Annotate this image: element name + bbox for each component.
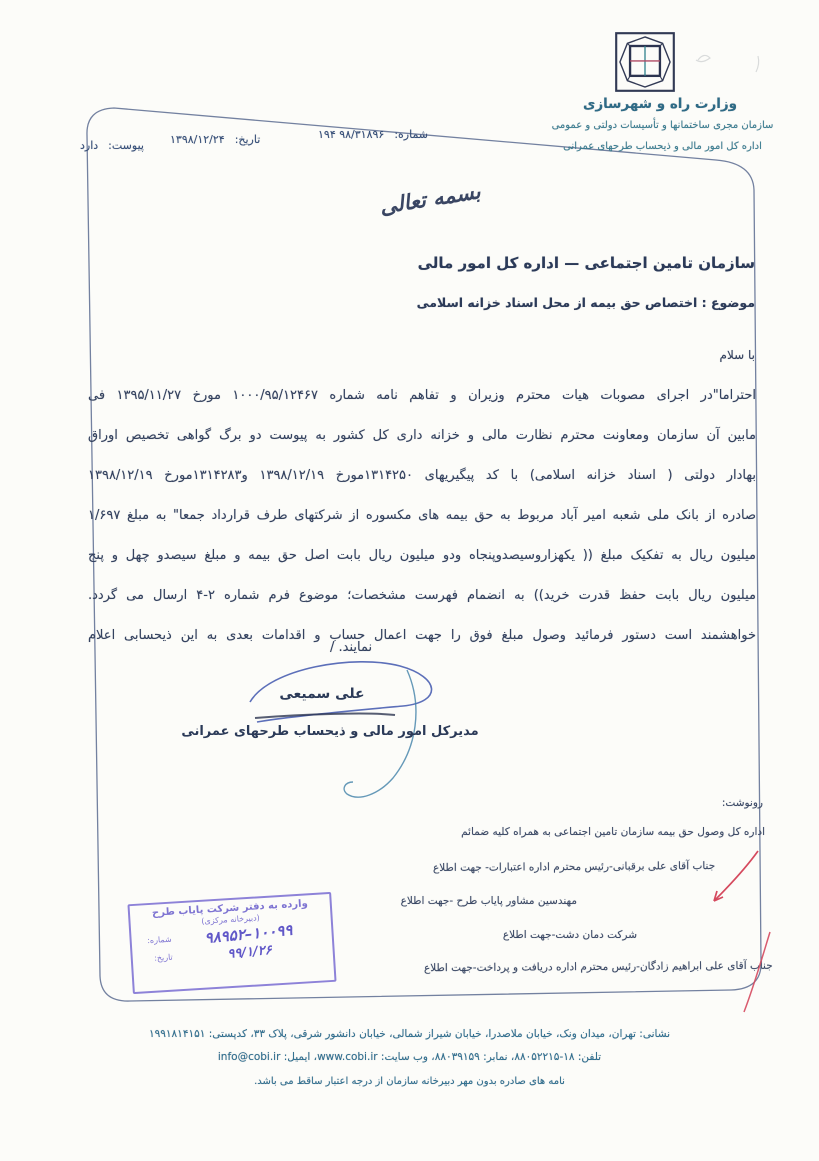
body-line: احتراما"در اجرای مصوبات هیات محترم وزیرا… bbox=[88, 376, 756, 416]
recipient-line: سازمان تامین اجتماعی — اداره کل امور مال… bbox=[92, 254, 755, 272]
received-stamp: وارده به دفتر شرکت پایاب طرح (دبیرخانه م… bbox=[127, 892, 336, 994]
department-name: اداره کل امور مالی و ذیحساب طرحهای عمران… bbox=[530, 141, 795, 152]
cc-label: رونوشت: bbox=[722, 797, 763, 809]
attachment-label: پیوست: bbox=[108, 139, 144, 152]
red-margin-stroke-icon bbox=[736, 928, 780, 1016]
body-line: صادره از بانک ملی شعبه امیر آباد مربوط ب… bbox=[88, 496, 756, 536]
ministry-name: وزارت راه و شهرسازی bbox=[535, 96, 785, 112]
body-line: میلیون ریال به تفکیک مبلغ (( یکهزاروسیصد… bbox=[88, 536, 756, 576]
cc-item: اداره کل وصول حق بیمه سازمان تامین اجتما… bbox=[461, 826, 765, 838]
footer-validity-note: نامه های صادره بدون مهر دبیرخانه سازمان … bbox=[58, 1076, 761, 1087]
number-label: شماره: bbox=[394, 128, 428, 141]
signatory-name: علی سمیعی bbox=[252, 686, 392, 702]
salutation-line: با سلام bbox=[92, 348, 755, 362]
cc-item: جناب آقای علی ابراهیم زادگان-رئیس محترم … bbox=[424, 960, 773, 974]
signatory-title: مدیرکل امور مالی و ذیحساب طرحهای عمرانی bbox=[160, 724, 500, 739]
organization-name: سازمان مجری ساختمانها و تأسیسات دولتی و … bbox=[520, 120, 805, 131]
date-value: ۱۳۹۸/۱۲/۲۴ bbox=[170, 133, 225, 146]
attachment-field: پیوست:دارد bbox=[80, 139, 144, 152]
footer-contacts: تلفن: ۱۸-۸۸۰۵۲۲۱۵، نمابر: ۸۸۰۳۹۱۵۹، وب س… bbox=[58, 1051, 761, 1063]
attachment-value: دارد bbox=[80, 139, 98, 152]
cc-item: شرکت دمان دشت-جهت اطلاع bbox=[503, 929, 637, 941]
date-label: تاریخ: bbox=[235, 133, 261, 146]
stamp-date-label: تاریخ: bbox=[139, 953, 173, 964]
letter-number-field: شماره:۹۸/۳۱۸۹۶ ۱۹۴ bbox=[318, 128, 428, 141]
pencil-marks bbox=[690, 48, 780, 78]
body-line: میلیون ریال بابت حفظ قدرت خرید)) به انضم… bbox=[88, 576, 756, 616]
number-value: ۹۸/۳۱۸۹۶ ۱۹۴ bbox=[318, 128, 384, 141]
stamp-number-label: شماره: bbox=[137, 934, 171, 945]
cc-item: جناب آقای علی برقبانی-رئیس محترم اداره ا… bbox=[433, 860, 715, 874]
footer-address: نشانی: تهران، میدان ونک، خیابان ملاصدرا،… bbox=[58, 1028, 761, 1040]
body-line: بهادار دولتی ( اسناد خزانه اسلامی) با کد… bbox=[88, 456, 756, 496]
bismillah-calligraphy: بسمه تعالی bbox=[344, 173, 516, 224]
red-check-arrow-icon bbox=[698, 843, 770, 915]
ministry-emblem-icon bbox=[613, 30, 677, 94]
letter-date-field: تاریخ:۱۳۹۸/۱۲/۲۴ bbox=[170, 133, 260, 146]
scanned-letter-page: وزارت راه و شهرسازی سازمان مجری ساختمانه… bbox=[0, 0, 819, 1161]
letter-body: احتراما"در اجرای مصوبات هیات محترم وزیرا… bbox=[88, 376, 756, 656]
body-line: مابین آن سازمان ومعاونت محترم نظارت مالی… bbox=[88, 416, 756, 456]
subject-line: موضوع : اختصاص حق بیمه از محل اسناد خزان… bbox=[92, 295, 755, 310]
cc-item: مهندسین مشاور پایاب طرح -جهت اطلاع bbox=[401, 895, 577, 907]
